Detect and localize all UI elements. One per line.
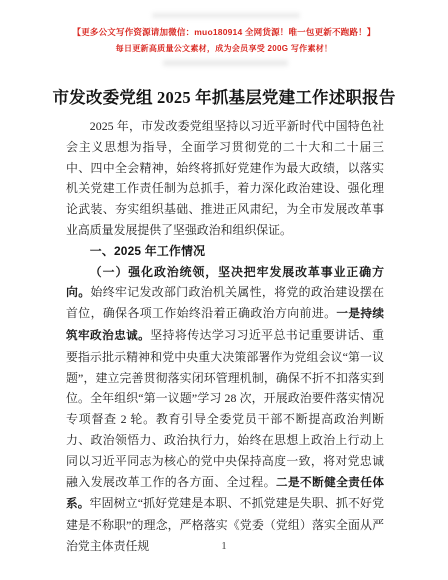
section-paragraph: （一）强化政治统领，坚决把牢发展改革事业正确方向。始终牢记发改部门政治机关属性，…	[66, 262, 384, 557]
document-title: 市发改委党组 2025 年抓基层党建工作述职报告	[0, 84, 448, 108]
faded-watermark-bottom	[163, 60, 288, 66]
promo-line-1: 【更多公文写作资源请加微信：muo180914 全网货源！唯一包更新不跑路！】	[0, 26, 448, 38]
body-text-run: 坚持将传达学习习近平总书记重要讲话、重要指示批示精神和党中央重大决策部署作为党组…	[66, 328, 384, 489]
promo-banner: 【更多公文写作资源请加微信：muo180914 全网货源！唯一包更新不跑路！】 …	[0, 26, 448, 54]
document-body: 2025 年，市发改委党组坚持以习近平新时代中国特色社会主义思想为指导，全面学习…	[66, 116, 384, 557]
faded-watermark-top	[152, 13, 300, 18]
intro-paragraph: 2025 年，市发改委党组坚持以习近平新时代中国特色社会主义思想为指导，全面学习…	[66, 116, 384, 241]
page-number: 1	[0, 541, 448, 552]
document-page: 【更多公文写作资源请加微信：muo180914 全网货源！唯一包更新不跑路！】 …	[0, 0, 448, 580]
section-heading: 一、2025 年工作情况	[66, 241, 384, 262]
promo-line-2: 每日更新高质量公文素材，成为会员享受 200G 写作素材！	[0, 43, 448, 54]
